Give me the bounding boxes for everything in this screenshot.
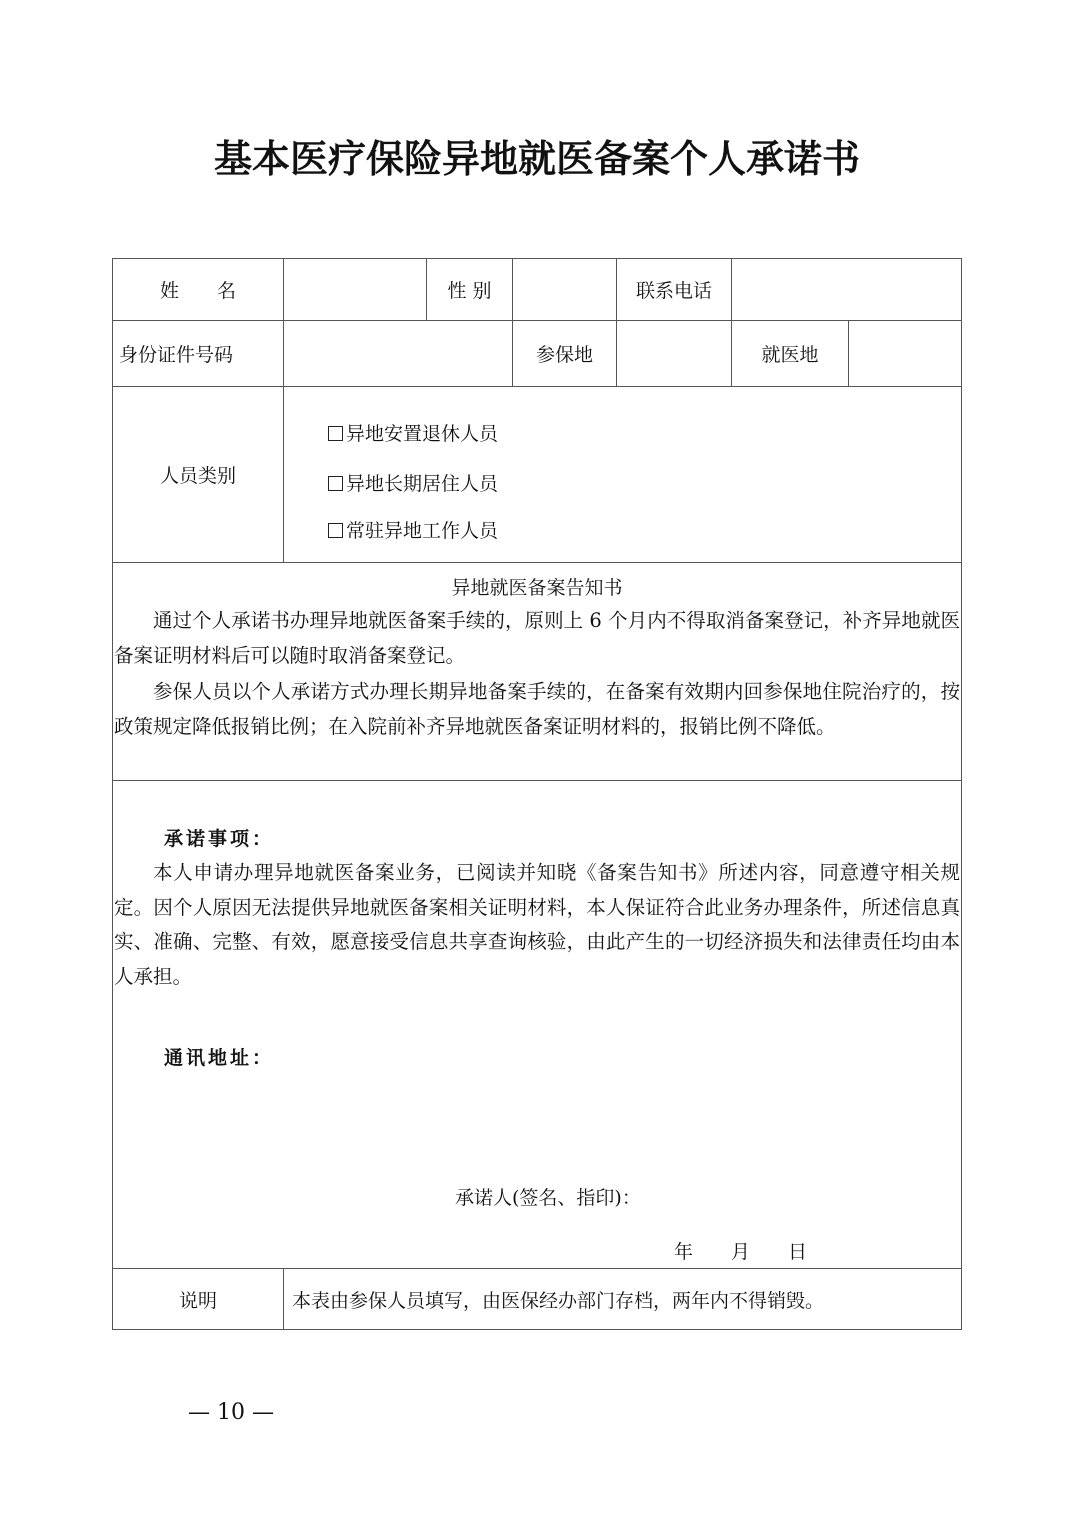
gender-field[interactable] <box>512 258 617 321</box>
notice-paragraph: 通过个人承诺书办理异地就医备案手续的，原则上 6 个月内不得取消备案登记，补齐异… <box>114 604 960 673</box>
notice-paragraph: 参保人员以个人承诺方式办理长期异地备案手续的，在备案有效期内回参保地住院治疗的，… <box>114 675 960 744</box>
insured-place-label: 参保地 <box>512 320 617 387</box>
id-number-field[interactable] <box>283 320 513 387</box>
category-option-retired[interactable]: 异地安置退休人员 <box>328 419 498 446</box>
commitment-heading: 承诺事项： <box>164 824 274 851</box>
remark-text: 本表由参保人员填写，由医保经办部门存档，两年内不得销毁。 <box>283 1268 962 1330</box>
name-label: 姓 名 <box>112 258 284 321</box>
insured-place-field[interactable] <box>616 320 732 387</box>
name-field[interactable] <box>283 258 427 321</box>
phone-field[interactable] <box>731 258 962 321</box>
id-number-label: 身份证件号码 <box>112 320 284 387</box>
gender-label: 性 别 <box>426 258 513 321</box>
date-label: 年 月 日 <box>674 1237 807 1264</box>
document-title: 基本医疗保险异地就医备案个人承诺书 <box>0 128 1074 183</box>
category-option-resident-worker[interactable]: 常驻异地工作人员 <box>328 516 498 543</box>
treatment-place-label: 就医地 <box>731 320 849 387</box>
phone-label: 联系电话 <box>616 258 732 321</box>
checkbox-icon[interactable] <box>328 426 343 441</box>
notice-heading: 异地就医备案告知书 <box>0 573 1074 600</box>
category-label: 人员类别 <box>112 386 284 563</box>
category-option-long-term-resident[interactable]: 异地长期居住人员 <box>328 469 498 496</box>
signature-label: 承诺人(签名、指印)： <box>455 1183 641 1210</box>
commitment-text: 本人申请办理异地就医备案业务，已阅读并知晓《备案告知书》所述内容，同意遵守相关规… <box>114 856 960 994</box>
checkbox-icon[interactable] <box>328 476 343 491</box>
address-label: 通讯地址： <box>164 1043 274 1070</box>
page-number: — 10 — <box>188 1400 274 1425</box>
checkbox-icon[interactable] <box>328 523 343 538</box>
treatment-place-field[interactable] <box>848 320 962 387</box>
remark-label: 说明 <box>112 1268 284 1330</box>
